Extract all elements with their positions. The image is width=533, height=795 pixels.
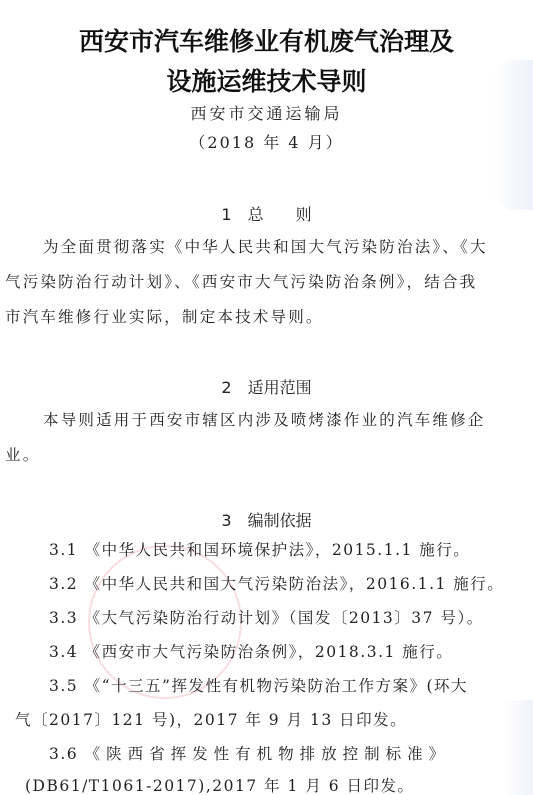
document-page: 西安市汽车维修业有机废气治理及 设施运维技术导则 西安市交通运输局 （2018 … [0,0,533,795]
section-heading-basis: 3 编制依据 [0,508,533,531]
reference-item: 3.5 《“十三五”挥发性有机物污染防治工作方案》(环大 [5,674,525,696]
reference-text: 《陕西省挥发性有机物排放控制标准》 [85,745,451,763]
issuing-agency: 西安市交通运输局 [0,101,533,124]
document-title-line1: 西安市汽车维修业有机废气治理及 [0,22,533,58]
reference-text: 《大气污染防治行动计划》（国发〔2013〕37 号）。 [85,609,484,627]
paragraph-line: 气污染防治行动计划》、《西安市大气污染防治条例》，结合我 [5,265,525,300]
reference-item: 3.2 《中华人民共和国大气污染防治法》，2016.1.1 施行。 [5,572,525,594]
reference-number: 3.5 [5,677,78,695]
document-title-line2: 设施运维技术导则 [0,62,533,98]
section-heading-scope: 2 适用范围 [0,375,533,398]
reference-item: 3.4 《西安市大气污染防治条例》，2018.3.1 施行。 [5,640,525,662]
reference-text: 《中华人民共和国环境保护法》，2015.1.1 施行。 [85,541,471,559]
reference-number: 3.2 [5,575,78,593]
reference-continuation: (DB61/T1061-2017),2017 年 1 月 6 日印发。 [25,774,533,795]
reference-item: 3.3 《大气污染防治行动计划》（国发〔2013〕37 号）。 [5,606,525,628]
reference-number: 3.1 [5,541,78,559]
reference-number: 3.3 [5,609,78,627]
issue-date: （2018 年 4 月） [0,130,533,153]
reference-item: 3.6 《陕西省挥发性有机物排放控制标准》 [5,742,525,764]
section-body-general: 为全面贯彻落实《中华人民共和国大气污染防治法》、《大 气污染防治行动计划》、《西… [5,230,525,335]
section-body-scope: 本导则适用于西安市辖区内涉及喷烤漆作业的汽车维修企 业。 [5,403,525,473]
reference-text: 《西安市大气污染防治条例》，2018.3.1 施行。 [85,643,454,661]
paragraph-line: 为全面贯彻落实《中华人民共和国大气污染防治法》、《大 [5,230,525,265]
reference-number: 3.4 [5,643,78,661]
reference-text: 《中华人民共和国大气污染防治法》，2016.1.1 施行。 [85,575,505,593]
reference-item: 3.1 《中华人民共和国环境保护法》，2015.1.1 施行。 [5,538,525,560]
reference-number: 3.6 [5,745,78,763]
section-heading-general: 1 总 则 [0,202,533,225]
paragraph-line: 本导则适用于西安市辖区内涉及喷烤漆作业的汽车维修企 [5,403,525,438]
reference-continuation: 气〔2017〕121 号)，2017 年 9 月 13 日印发。 [15,708,533,730]
reference-text: 《“十三五”挥发性有机物污染防治工作方案》(环大 [85,677,468,695]
paragraph-line: 业。 [5,438,525,473]
paragraph-line: 市汽车维修行业实际，制定本技术导则。 [5,300,525,335]
